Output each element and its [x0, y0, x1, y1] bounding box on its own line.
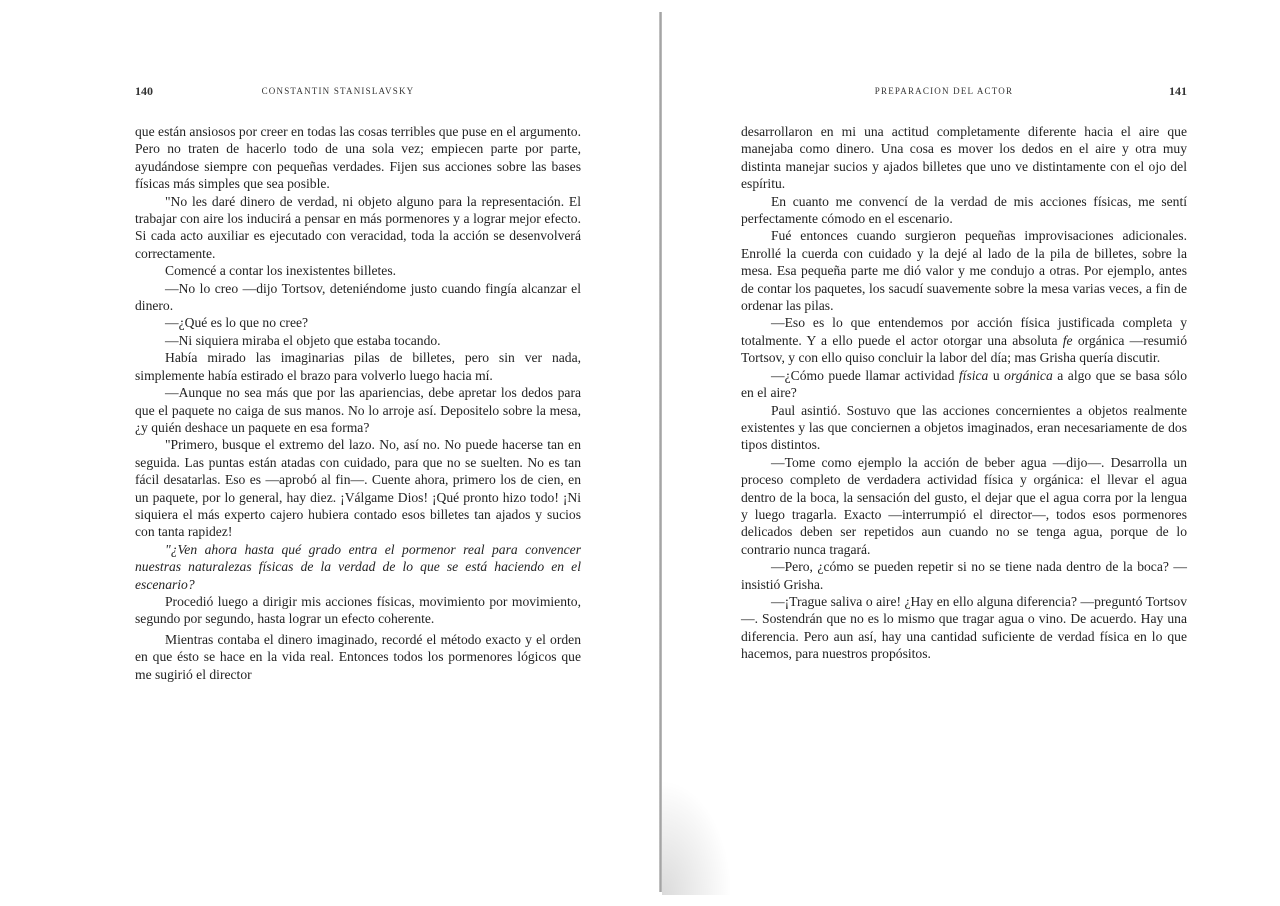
- paragraph: Comencé a contar los inexistentes billet…: [135, 262, 581, 279]
- left-page: 140 CONSTANTIN STANISLAVSKY que están an…: [135, 84, 581, 683]
- running-head-title: PREPARACION DEL ACTOR: [791, 86, 1097, 96]
- italic-paragraph: "¿Ven ahora hasta qué grado entra el por…: [135, 541, 581, 593]
- paragraph: "Primero, busque el extremo del lazo. No…: [135, 436, 581, 540]
- paragraph: que están ansiosos por creer en todas la…: [135, 123, 581, 193]
- paragraph: Paul asintió. Sostuvo que las acciones c…: [741, 402, 1187, 454]
- paragraph: —No lo creo —dijo Tortsov, deteniéndome …: [135, 280, 581, 315]
- paragraph: desarrollaron en mi una actitud completa…: [741, 123, 1187, 193]
- paragraph: En cuanto me convencí de la verdad de mi…: [741, 193, 1187, 228]
- paragraph: —Pero, ¿cómo se pueden repetir si no se …: [741, 558, 1187, 593]
- left-body-text: que están ansiosos por creer en todas la…: [135, 123, 581, 683]
- emphasis: orgánica: [1004, 368, 1053, 383]
- book-spine: [659, 12, 662, 892]
- left-running-head: 140 CONSTANTIN STANISLAVSKY: [135, 84, 581, 102]
- paragraph: —Ni siquiera miraba el objeto que estaba…: [135, 332, 581, 349]
- paragraph: —Tome como ejemplo la acción de beber ag…: [741, 454, 1187, 558]
- paragraph: —Eso es lo que entendemos por acción fís…: [741, 314, 1187, 366]
- paragraph: —¿Cómo puede llamar actividad física u o…: [741, 367, 1187, 402]
- paragraph: —¡Trague saliva o aire! ¿Hay en ello alg…: [741, 593, 1187, 663]
- text-run: —¿Cómo puede llamar actividad: [771, 368, 959, 383]
- emphasis: física: [959, 368, 988, 383]
- emphasis: fe: [1063, 333, 1073, 348]
- running-head-title: CONSTANTIN STANISLAVSKY: [175, 86, 501, 96]
- page-number: 140: [135, 84, 153, 99]
- right-running-head: PREPARACION DEL ACTOR 141: [741, 84, 1187, 102]
- text-run: u: [988, 368, 1004, 383]
- spine-shadow: [662, 780, 732, 895]
- right-page: PREPARACION DEL ACTOR 141 desarrollaron …: [741, 84, 1187, 663]
- paragraph: "No les daré dinero de verdad, ni objeto…: [135, 193, 581, 263]
- right-body-text: desarrollaron en mi una actitud completa…: [741, 123, 1187, 663]
- paragraph: —¿Qué es lo que no cree?: [135, 314, 581, 331]
- paragraph: Fué entonces cuando surgieron pequeñas i…: [741, 227, 1187, 314]
- paragraph: Procedió luego a dirigir mis acciones fí…: [135, 593, 581, 628]
- paragraph: Mientras contaba el dinero imaginado, re…: [135, 631, 581, 683]
- paragraph: —Aunque no sea más que por las aparienci…: [135, 384, 581, 436]
- book-spread: 140 CONSTANTIN STANISLAVSKY que están an…: [0, 0, 1280, 906]
- paragraph: Había mirado las imaginarias pilas de bi…: [135, 349, 581, 384]
- page-number: 141: [1169, 84, 1187, 99]
